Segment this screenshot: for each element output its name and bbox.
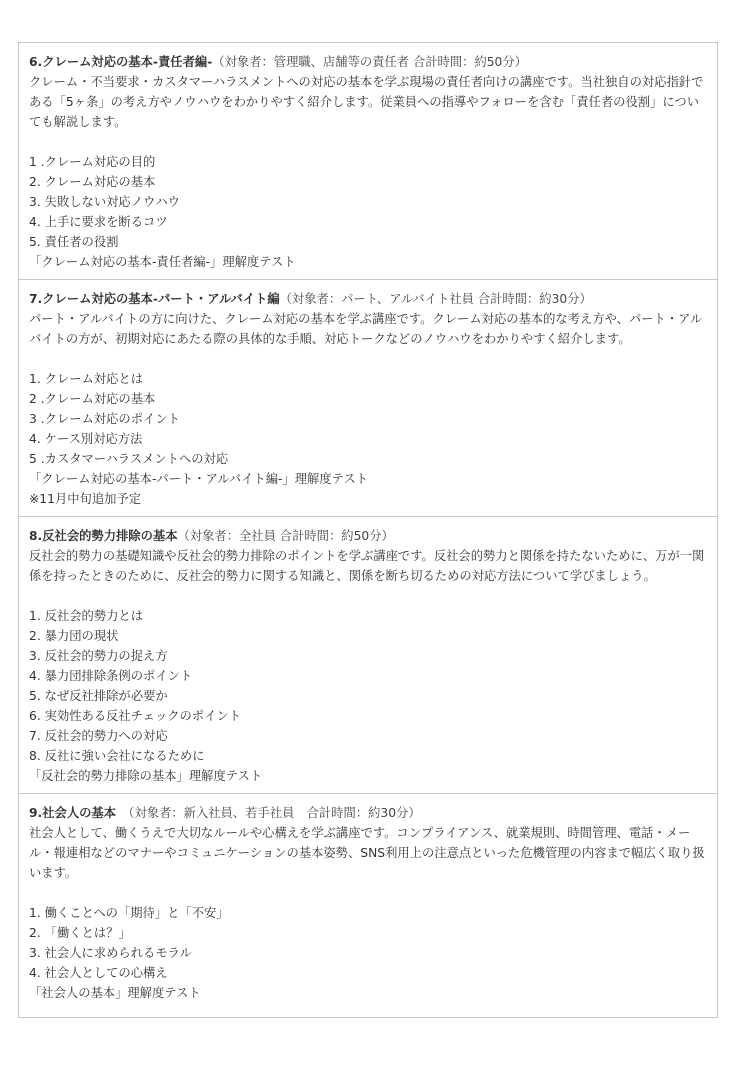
curriculum-item: 3 .クレーム対応のポイント — [29, 409, 707, 429]
course-description: パート・アルバイトの方に向けた、クレーム対応の基本を学ぶ講座です。クレーム対応の… — [29, 309, 707, 349]
curriculum-item: 1. クレーム対応とは — [29, 369, 707, 389]
curriculum-item: 1 .クレーム対応の目的 — [29, 152, 707, 172]
course-title: 8.反社会的勢力排除の基本 — [29, 529, 178, 543]
curriculum-item: 7. 反社会的勢力への対応 — [29, 726, 707, 746]
curriculum-item: 3. 社会人に求められるモラル — [29, 943, 707, 963]
curriculum-item: 2. 「働くとは？」 — [29, 923, 707, 943]
comprehension-test-item: 「クレーム対応の基本-責任者編-」理解度テスト — [29, 252, 707, 272]
spacer — [29, 586, 707, 606]
curriculum-item: 2. 暴力団の現状 — [29, 626, 707, 646]
curriculum-item: 8. 反社に強い会社になるために — [29, 746, 707, 766]
course-meta: （対象者：パート、アルバイト社員 合計時間：約30分） — [280, 292, 592, 306]
course-row: 7.クレーム対応の基本-パート・アルバイト編（対象者：パート、アルバイト社員 合… — [19, 280, 718, 517]
spacer — [29, 349, 707, 369]
course-cell-6: 6.クレーム対応の基本-責任者編-（対象者：管理職、店舗等の責任者 合計時間：約… — [19, 43, 718, 280]
comprehension-test-item: 「クレーム対応の基本-パート・アルバイト編-」理解度テスト — [29, 469, 707, 489]
comprehension-test-item: 「反社会的勢力排除の基本」理解度テスト — [29, 766, 707, 786]
curriculum-item: 2 .クレーム対応の基本 — [29, 389, 707, 409]
curriculum-item: 6. 実効性ある反社チェックのポイント — [29, 706, 707, 726]
course-title: 6.クレーム対応の基本-責任者編- — [29, 55, 212, 69]
curriculum-item: 2. クレーム対応の基本 — [29, 172, 707, 192]
course-title: 9.社会人の基本 — [29, 806, 116, 820]
course-heading: 6.クレーム対応の基本-責任者編-（対象者：管理職、店舗等の責任者 合計時間：約… — [29, 52, 707, 72]
curriculum-item: 4. 暴力団排除条例のポイント — [29, 666, 707, 686]
course-cell-9: 9.社会人の基本 （対象者：新入社員、若手社員 合計時間：約30分） 社会人とし… — [19, 794, 718, 1018]
course-description: クレーム・不当要求・カスタマーハラスメントへの対応の基本を学ぶ現場の責任者向けの… — [29, 72, 707, 132]
release-note: ※11月中旬追加予定 — [29, 489, 707, 509]
spacer — [29, 883, 707, 903]
course-meta: （対象者：全社員 合計時間：約50分） — [178, 529, 394, 543]
course-row: 9.社会人の基本 （対象者：新入社員、若手社員 合計時間：約30分） 社会人とし… — [19, 794, 718, 1018]
course-description: 社会人として、働くうえで大切なルールや心構えを学ぶ講座です。コンプライアンス、就… — [29, 823, 707, 883]
curriculum-item: 4. 社会人としての心構え — [29, 963, 707, 983]
course-heading: 7.クレーム対応の基本-パート・アルバイト編（対象者：パート、アルバイト社員 合… — [29, 289, 707, 309]
course-cell-7: 7.クレーム対応の基本-パート・アルバイト編（対象者：パート、アルバイト社員 合… — [19, 280, 718, 517]
spacer — [29, 132, 707, 152]
curriculum-item: 5. なぜ反社排除が必要か — [29, 686, 707, 706]
course-row: 6.クレーム対応の基本-責任者編-（対象者：管理職、店舗等の責任者 合計時間：約… — [19, 43, 718, 280]
course-table: 6.クレーム対応の基本-責任者編-（対象者：管理職、店舗等の責任者 合計時間：約… — [18, 42, 718, 1018]
curriculum-item: 5 .カスタマーハラスメントへの対応 — [29, 449, 707, 469]
course-row: 8.反社会的勢力排除の基本（対象者：全社員 合計時間：約50分） 反社会的勢力の… — [19, 517, 718, 794]
course-heading: 9.社会人の基本 （対象者：新入社員、若手社員 合計時間：約30分） — [29, 803, 707, 823]
course-heading: 8.反社会的勢力排除の基本（対象者：全社員 合計時間：約50分） — [29, 526, 707, 546]
curriculum-item: 1. 反社会的勢力とは — [29, 606, 707, 626]
curriculum-item: 3. 反社会的勢力の捉え方 — [29, 646, 707, 666]
curriculum-item: 3. 失敗しない対応ノウハウ — [29, 192, 707, 212]
curriculum-item: 4. 上手に要求を断るコツ — [29, 212, 707, 232]
comprehension-test-item: 「社会人の基本」理解度テスト — [29, 983, 707, 1003]
course-description: 反社会的勢力の基礎知識や反社会的勢力排除のポイントを学ぶ講座です。反社会的勢力と… — [29, 546, 707, 586]
course-meta: （対象者：新入社員、若手社員 合計時間：約30分） — [116, 806, 421, 820]
curriculum-item: 4. ケース別対応方法 — [29, 429, 707, 449]
curriculum-item: 1. 働くことへの「期待」と「不安」 — [29, 903, 707, 923]
course-meta: （対象者：管理職、店舗等の責任者 合計時間：約50分） — [212, 55, 527, 69]
course-cell-8: 8.反社会的勢力排除の基本（対象者：全社員 合計時間：約50分） 反社会的勢力の… — [19, 517, 718, 794]
course-title: 7.クレーム対応の基本-パート・アルバイト編 — [29, 292, 280, 306]
curriculum-item: 5. 責任者の役割 — [29, 232, 707, 252]
